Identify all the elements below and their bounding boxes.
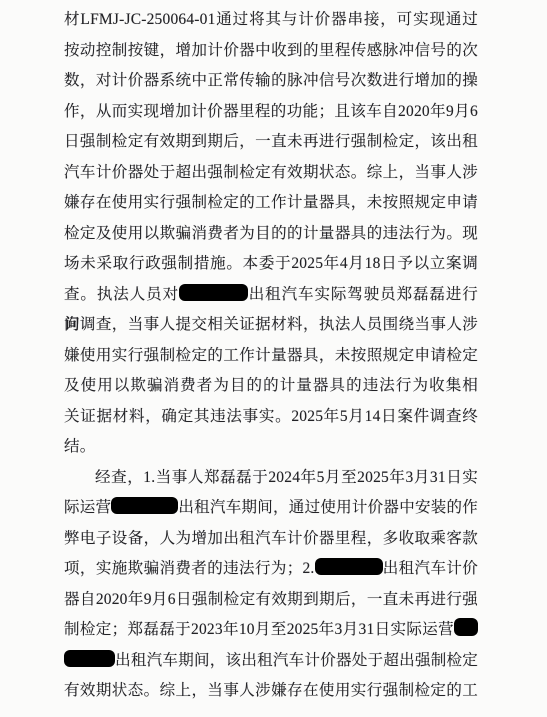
line-text: 数，对计价器系统中正常传输的脉冲信号次数进行增加的操 [64, 72, 478, 89]
document-line-14: 关证据材料，确定其违法事实。2025年5月14日案件调查终 [64, 402, 478, 433]
line-text: 及使用以欺骗消费者为目的的计量器具的违法行为收集相 [64, 377, 478, 394]
line-text: 问调查，当事人提交相关证据材料，执法人员围绕当事人涉 [64, 316, 478, 333]
document-line-3: 数，对计价器系统中正常传输的脉冲信号次数进行增加的操 [64, 66, 478, 97]
document-line-16: 经查，1.当事人郑磊磊于2024年5月至2025年3月31日实 [64, 463, 478, 494]
line-text: 嫌使用实行强制检定的工作计量器具，未按照规定申请检定 [64, 347, 478, 364]
document-line-8: 检定及使用以欺骗消费者为目的的计量器具的违法行为。现 [64, 219, 478, 250]
line-text: 制检定；郑磊磊于2023年10月至2025年3月31日实际运营 [64, 621, 454, 638]
document-line-22: 出租汽车期间，该出租汽车计价器处于超出强制检定 [64, 646, 478, 677]
line-text: 嫌存在使用实行强制检定的工作计量器具，未按照规定申请 [64, 194, 478, 211]
document-line-21: 制检定；郑磊磊于2023年10月至2025年3月31日实际运营 [64, 615, 478, 646]
line-text: 器自2020年9月6日强制检定有效期到期后，一直未再进行强 [64, 591, 478, 608]
line-text: 有效期状态。综上，当事人涉嫌存在使用实行强制检定的工 [64, 682, 478, 699]
document-line-9: 场未采取行政强制措施。本委于2025年4月18日予以立案调 [64, 249, 478, 280]
document-line-17: 际运营出租汽车期间，通过使用计价器中安装的作 [64, 493, 478, 524]
document-line-10: 查。执法人员对出租汽车实际驾驶员郑磊磊进行询 [64, 280, 478, 311]
line-text: 按动控制按键，增加计价器中收到的里程传感脉冲信号的次 [64, 42, 478, 59]
line-text: 日强制检定有效期到期后，一直未再进行强制检定，该出租 [64, 133, 478, 150]
line-text: 关证据材料，确定其违法事实。2025年5月14日案件调查终 [64, 408, 478, 425]
line-text: 出租汽车期间，该出租汽车计价器处于超出强制检定 [115, 652, 478, 669]
line-text: 查。执法人员对 [64, 286, 179, 303]
document-line-1: 材LFMJ-JC-250064-01通过将其与计价器串接，可实现通过 [64, 5, 478, 36]
line-text: 出租汽车期间，通过使用计价器中安装的作 [178, 499, 478, 516]
document-line-15: 结。 [64, 432, 478, 463]
line-text: 场未采取行政强制措施。本委于2025年4月18日予以立案调 [64, 255, 478, 272]
document-line-2: 按动控制按键，增加计价器中收到的里程传感脉冲信号的次 [64, 36, 478, 67]
redaction-bar [454, 618, 478, 636]
line-text: 作，从而实现增加计价器里程的功能；且该车自2020年9月6 [64, 103, 478, 120]
line-text: 汽车计价器处于超出强制检定有效期状态。综上，当事人涉 [64, 164, 478, 181]
document-page: 材LFMJ-JC-250064-01通过将其与计价器串接，可实现通过按动控制按键… [0, 0, 547, 717]
redaction-bar [111, 497, 178, 514]
line-text: 材LFMJ-JC-250064-01通过将其与计价器串接，可实现通过 [64, 11, 478, 28]
document-line-20: 器自2020年9月6日强制检定有效期到期后，一直未再进行强 [64, 585, 478, 616]
line-text: 结。 [64, 438, 95, 455]
line-text: 检定及使用以欺骗消费者为目的的计量器具的违法行为。现 [64, 225, 478, 242]
document-line-6: 汽车计价器处于超出强制检定有效期状态。综上，当事人涉 [64, 158, 478, 189]
document-line-19: 项，实施欺骗消费者的违法行为；2.出租汽车计价 [64, 554, 478, 585]
line-text: 出租汽车计价 [383, 560, 478, 577]
document-line-5: 日强制检定有效期到期后，一直未再进行强制检定，该出租 [64, 127, 478, 158]
line-text: 际运营 [64, 499, 111, 516]
document-line-23: 有效期状态。综上，当事人涉嫌存在使用实行强制检定的工 [64, 676, 478, 707]
redaction-bar [64, 650, 115, 667]
line-text: 经查，1.当事人郑磊磊于2024年5月至2025年3月31日实 [95, 469, 478, 486]
line-text: 项，实施欺骗消费者的违法行为；2. [64, 560, 315, 577]
redaction-bar [179, 284, 248, 301]
line-text: 弊电子设备，人为增加出租汽车计价器里程，多收取乘客款 [64, 530, 478, 547]
document-line-7: 嫌存在使用实行强制检定的工作计量器具，未按照规定申请 [64, 188, 478, 219]
redaction-bar [315, 558, 383, 575]
document-line-13: 及使用以欺骗消费者为目的的计量器具的违法行为收集相 [64, 371, 478, 402]
document-text-block: 材LFMJ-JC-250064-01通过将其与计价器串接，可实现通过按动控制按键… [64, 5, 478, 707]
document-line-11: 问调查，当事人提交相关证据材料，执法人员围绕当事人涉 [64, 310, 478, 341]
document-line-18: 弊电子设备，人为增加出租汽车计价器里程，多收取乘客款 [64, 524, 478, 555]
document-line-4: 作，从而实现增加计价器里程的功能；且该车自2020年9月6 [64, 97, 478, 128]
document-line-12: 嫌使用实行强制检定的工作计量器具，未按照规定申请检定 [64, 341, 478, 372]
